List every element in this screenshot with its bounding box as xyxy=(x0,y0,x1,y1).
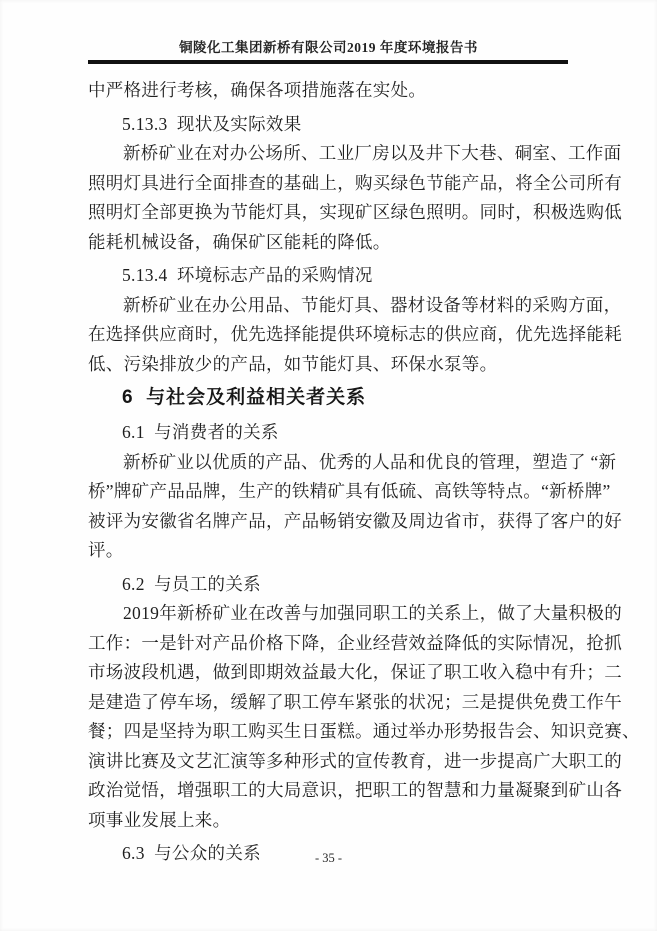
page-number: - 35 - xyxy=(0,851,657,866)
text-line: 2019年新桥矿业在改善与加强同职工的关系上，做了大量积极的 xyxy=(88,599,570,629)
section-heading: 5.13.3 现状及实际效果 xyxy=(88,110,570,140)
section-heading: 5.13.4 环境标志产品的采购情况 xyxy=(88,261,570,291)
heading-text: 5.13.3 现状及实际效果 xyxy=(88,110,570,140)
text-line: 政治觉悟，增强职工的大局意识，把职工的智慧和力量凝聚到矿山各 xyxy=(88,776,570,806)
heading-text: 6.1 与消费者的关系 xyxy=(88,418,570,448)
section-heading: 6.2 与员工的关系 xyxy=(88,570,570,600)
chapter-heading: 6 与社会及利益相关者关系 xyxy=(88,381,570,414)
heading-text: 6.2 与员工的关系 xyxy=(88,570,570,600)
report-page: 铜陵化工集团新桥有限公司2019 年度环境报告书 中严格进行考核，确保各项措施落… xyxy=(0,0,657,931)
paragraph: 新桥矿业以优质的产品、优秀的人品和优良的管理，塑造了 “新桥”牌矿产品品牌，生产… xyxy=(88,448,570,566)
paragraph: 2019年新桥矿业在改善与加强同职工的关系上，做了大量积极的工作：一是针对产品价… xyxy=(88,599,570,835)
text-line: 餐；四是坚持为职工购买生日蛋糕。通过举办形势报告会、知识竞赛、 xyxy=(88,717,570,747)
text-line: 被评为安徽省名牌产品，产品畅销安徽及周边省市，获得了客户的好 xyxy=(88,507,570,537)
text-line: 新桥矿业在办公用品、节能灯具、器材设备等材料的采购方面， xyxy=(88,291,570,321)
text-line: 新桥矿业在对办公场所、工业厂房以及井下大巷、硐室、工作面 xyxy=(88,139,570,169)
text-line: 照明灯全部更换为节能灯具，实现矿区绿色照明。同时，积极选购低 xyxy=(88,198,570,228)
text-line: 照明灯具进行全面排查的基础上，购买绿色节能产品，将全公司所有 xyxy=(88,169,570,199)
text-line: 项事业发展上来。 xyxy=(88,806,570,836)
section-heading: 6.1 与消费者的关系 xyxy=(88,418,570,448)
text-line: 能耗机械设备，确保矿区能耗的降低。 xyxy=(88,228,570,258)
text-line: 新桥矿业以优质的产品、优秀的人品和优良的管理，塑造了 “新 xyxy=(88,448,570,478)
heading-text: 5.13.4 环境标志产品的采购情况 xyxy=(88,261,570,291)
page-header-title: 铜陵化工集团新桥有限公司2019 年度环境报告书 xyxy=(0,36,657,56)
text-line: 市场波段机遇，做到即期效益最大化，保证了职工收入稳中有升；二 xyxy=(88,658,570,688)
paragraph: 新桥矿业在办公用品、节能灯具、器材设备等材料的采购方面，在选择供应商时，优先选择… xyxy=(88,291,570,380)
continuation-paragraph: 中严格进行考核，确保各项措施落在实处。 xyxy=(88,76,570,106)
text-line: 演讲比赛及文艺汇演等多种形式的宣传教育，进一步提高广大职工的 xyxy=(88,747,570,777)
document-body: 中严格进行考核，确保各项措施落在实处。5.13.3 现状及实际效果新桥矿业在对办… xyxy=(88,76,570,869)
text-line: 评。 xyxy=(88,536,570,566)
header-rule xyxy=(88,60,568,64)
text-line: 中严格进行考核，确保各项措施落在实处。 xyxy=(88,76,570,106)
text-line: 桥”牌矿产品品牌，生产的铁精矿具有低硫、高铁等特点。“新桥牌” xyxy=(88,477,570,507)
text-line: 工作：一是针对产品价格下降，企业经营效益降低的实际情况，抢抓 xyxy=(88,629,570,659)
text-line: 低、污染排放少的产品，如节能灯具、环保水泵等。 xyxy=(88,350,570,380)
text-line: 在选择供应商时，优先选择能提供环境标志的供应商，优先选择能耗 xyxy=(88,320,570,350)
paragraph: 新桥矿业在对办公场所、工业厂房以及井下大巷、硐室、工作面照明灯具进行全面排查的基… xyxy=(88,139,570,257)
text-line: 是建造了停车场，缓解了职工停车紧张的状况；三是提供免费工作午 xyxy=(88,688,570,718)
heading-text: 6 与社会及利益相关者关系 xyxy=(88,381,570,414)
